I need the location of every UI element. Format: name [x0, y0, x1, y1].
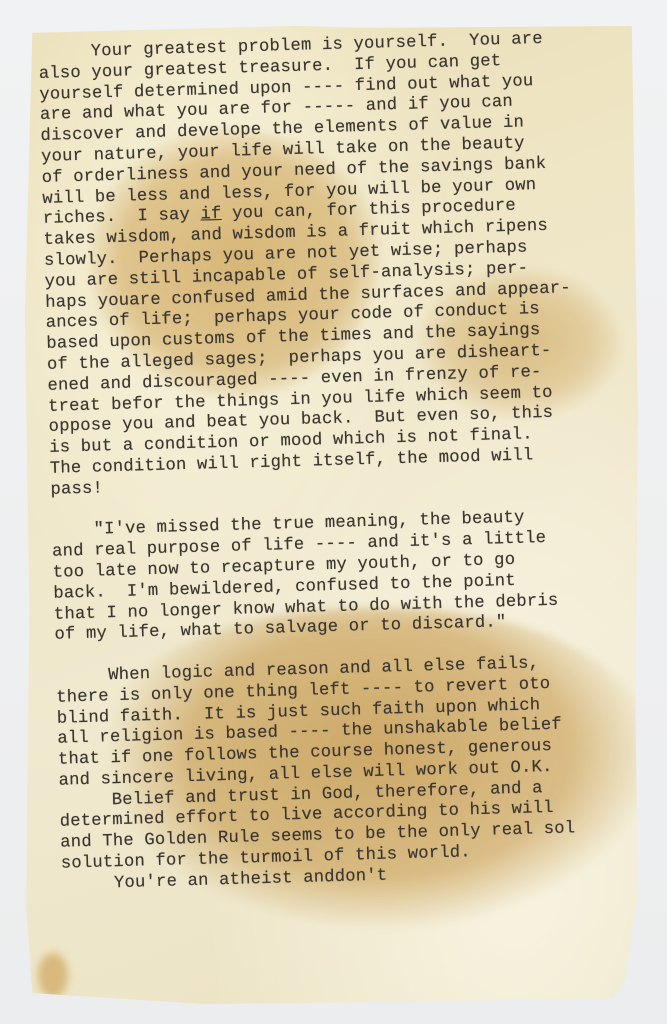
underlined-word: if: [200, 205, 222, 225]
scanned-document-photo: Your greatest problem is yourself. You a…: [0, 0, 667, 1024]
typed-text: Your greatest problem is yourself. You a…: [38, 27, 667, 896]
paragraph-3: When logic and reason and all else fails…: [55, 651, 667, 897]
coffee-stain-corner: [38, 953, 68, 998]
paragraph-1: Your greatest problem is yourself. You a…: [38, 27, 661, 501]
paragraph-2-quote: "I've missed the true meaning, the beaut…: [51, 505, 664, 647]
